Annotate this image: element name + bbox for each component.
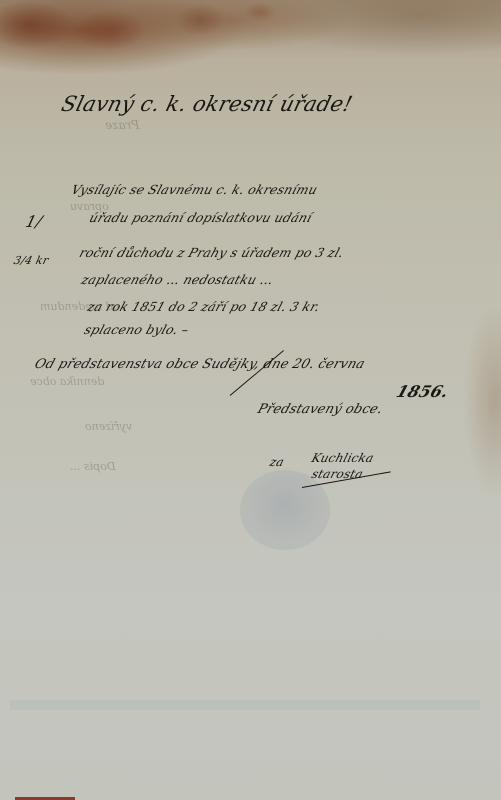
body-line: splaceno bylo. – xyxy=(83,322,191,337)
body-line: zaplaceného ... nedostatku ... xyxy=(80,272,276,287)
margin-note: 3/4 kr xyxy=(12,254,50,267)
closing-place-date: Od představenstva obce Sudějky, dne 20. … xyxy=(33,357,367,372)
body-line: roční důchodu z Prahy s úřadem po 3 zl. xyxy=(78,245,346,260)
salutation: Slavný c. k. okresní úřade! xyxy=(59,92,355,116)
document-page: Praze opravu ad medendum denníka obce vy… xyxy=(0,0,501,800)
faded-stamp xyxy=(240,470,330,550)
closing-year: 1856. xyxy=(394,382,451,401)
bleed-through-text: Praze xyxy=(105,118,139,132)
bleed-through-text: denníka obce xyxy=(30,375,104,388)
body-line: úřadu poznání dopíslatkovu udání xyxy=(88,210,315,225)
closing-title: Představený obce. xyxy=(256,402,385,417)
water-stain xyxy=(0,0,501,70)
signature-title: starosta xyxy=(310,467,365,481)
bleed-through-text: Dopis ... xyxy=(70,460,116,473)
bleed-through-text: vyřízeno xyxy=(85,420,132,433)
paper-fold-shadow xyxy=(10,700,480,710)
body-line: Vysílajíc se Slavnému c. k. okresnímu xyxy=(70,182,320,197)
signature-prefix: za xyxy=(268,455,286,469)
margin-note: 1/ xyxy=(24,212,45,231)
signature-name: Kuchlicka xyxy=(310,451,376,465)
body-line: za rok 1851 do 2 září po 18 zl. 3 kr. xyxy=(86,299,323,314)
